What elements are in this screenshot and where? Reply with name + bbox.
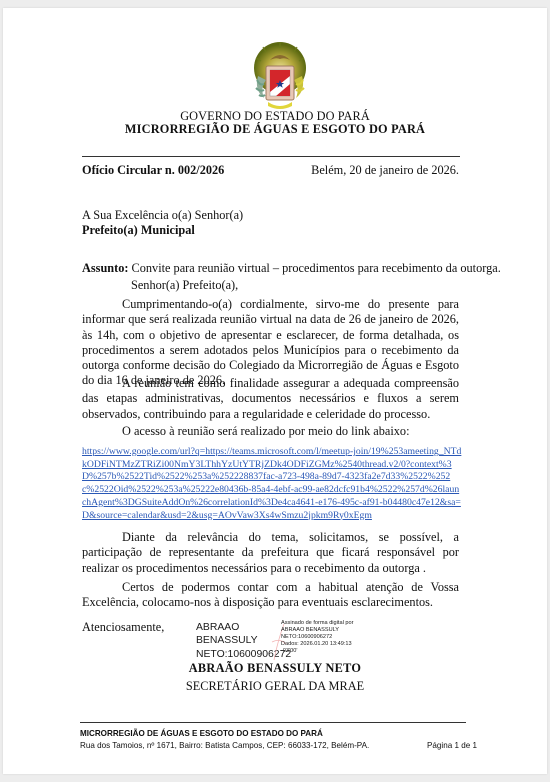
page-number: Página 1 de 1 xyxy=(427,741,477,750)
paragraph-participation: Diante da relevância do tema, solicitamo… xyxy=(82,530,459,576)
footer-organization: MICRORREGIÃO DE ÁGUAS E ESGOTO DO ESTADO… xyxy=(80,729,323,738)
signature-detail-line: NETO:10600906272 xyxy=(281,634,353,641)
place-date: Belém, 20 de janeiro de 2026. xyxy=(311,163,459,178)
paragraph-purpose: A reunião tem como finalidade assegurar … xyxy=(82,376,459,422)
closing-text: Atenciosamente, xyxy=(82,620,164,635)
addressee-title: Prefeito(a) Municipal xyxy=(82,223,195,238)
subject-label: Assunto: xyxy=(82,261,128,275)
paragraph-link-intro: O acesso à reunião será realizado por me… xyxy=(82,424,459,439)
para-state-coat-of-arms-icon xyxy=(248,40,312,110)
salutation: Senhor(a) Prefeito(a), xyxy=(131,278,238,293)
signature-detail-line: -03'00' xyxy=(281,648,353,655)
signer-name: ABRAÃO BENASSULY NETO xyxy=(0,661,550,676)
paragraph-invitation: Cumprimentando-o(a) cordialmente, sirvo-… xyxy=(82,297,459,389)
signer-role: SECRETÁRIO GERAL DA MRAE xyxy=(0,679,550,694)
document-number: Ofício Circular n. 002/2026 xyxy=(82,163,224,178)
signature-detail-line: Dados: 2026.01.20 13:49:13 xyxy=(281,641,353,648)
meeting-link[interactable]: https://www.google.com/url?q=https://tea… xyxy=(82,446,462,522)
signature-detail-line: Assinado de forma digital por xyxy=(281,620,353,627)
subject-text: Convite para reunião virtual – procedime… xyxy=(128,261,500,275)
subject-line: Assunto: Convite para reunião virtual – … xyxy=(82,261,501,276)
paragraph-closing: Certos de podermos contar com a habitual… xyxy=(82,580,459,611)
header-divider xyxy=(82,156,460,157)
footer-divider xyxy=(80,722,466,723)
footer-address: Rua dos Tamoios, nº 1671, Bairro: Batist… xyxy=(80,741,369,750)
addressee-line: A Sua Excelência o(a) Senhor(a) xyxy=(82,208,243,223)
header-organization: MICRORREGIÃO DE ÁGUAS E ESGOTO DO PARÁ xyxy=(0,122,550,137)
signature-detail-line: ABRAAO BENASSULY xyxy=(281,627,353,634)
digital-signature-details: Assinado de forma digital por ABRAAO BEN… xyxy=(281,620,353,655)
